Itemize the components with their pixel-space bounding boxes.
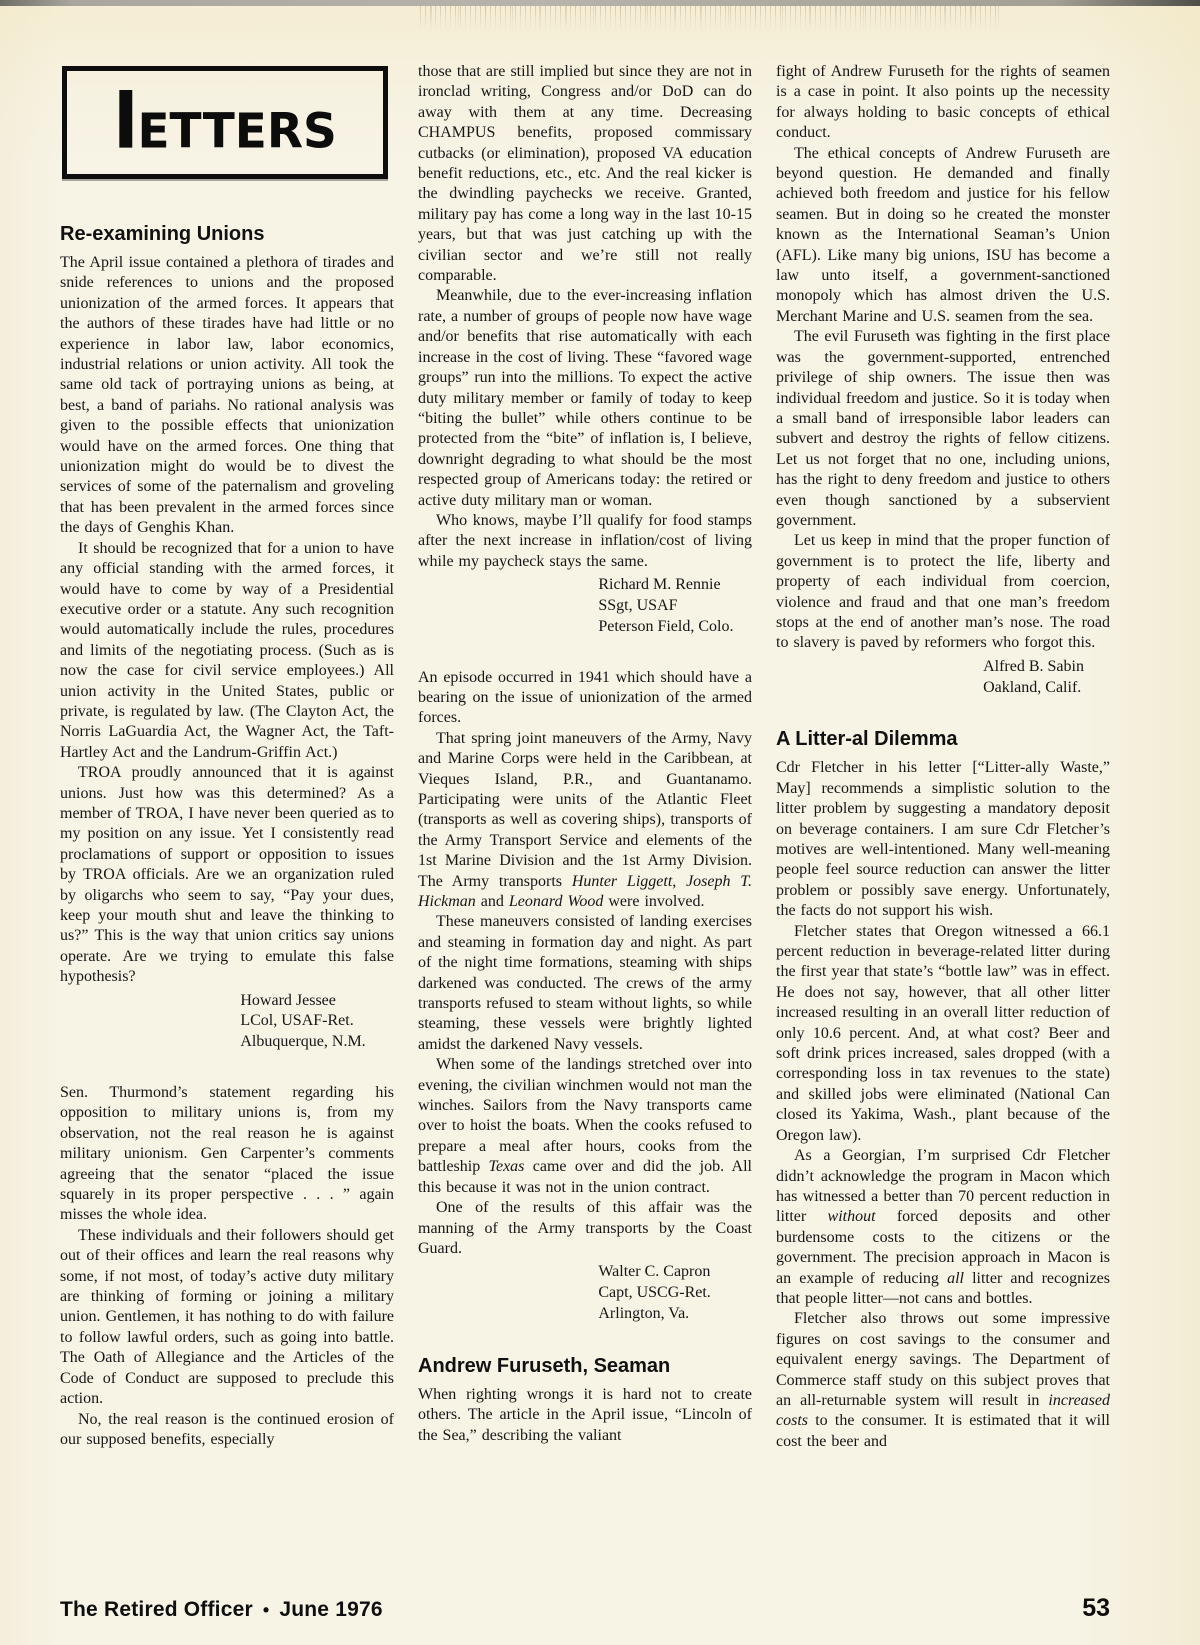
signature-line: SSgt, USAF — [598, 596, 752, 617]
signature-line: Walter C. Capron — [598, 1262, 752, 1283]
letter-paragraph: These maneuvers consisted of landing exe… — [418, 912, 752, 1055]
signature-line: Capt, USCG-Ret. — [598, 1283, 752, 1304]
magazine-page: lETTERSRe-examining UnionsThe April issu… — [0, 0, 1200, 1645]
letter-paragraph: It should be recognized that for a union… — [60, 539, 394, 763]
issue-date: June 1976 — [279, 1598, 382, 1621]
letter-paragraph: fight of Andrew Furuseth for the rights … — [776, 62, 1110, 144]
letters-logo: lETTERS — [62, 66, 388, 179]
letter-paragraph: One of the results of this affair was th… — [418, 1198, 752, 1259]
letter-paragraph: Let us keep in mind that the proper func… — [776, 531, 1110, 653]
text-column: those that are still implied but since t… — [418, 62, 752, 1570]
letter-heading: Andrew Furuseth, Seaman — [418, 1355, 752, 1378]
signature-line: Howard Jessee — [240, 991, 394, 1012]
letter-paragraph: those that are still implied but since t… — [418, 62, 752, 286]
letter-paragraph: Who knows, maybe I’ll qualify for food s… — [418, 511, 752, 572]
letter-paragraph: An episode occurred in 1941 which should… — [418, 668, 752, 729]
letter-paragraph: TROA proudly announced that it is agains… — [60, 763, 394, 987]
letters-logo-initial: l — [113, 92, 137, 152]
letter-paragraph: No, the real reason is the continued ero… — [60, 1410, 394, 1451]
letter-paragraph: These individuals and their followers sh… — [60, 1226, 394, 1410]
letter-paragraph: That spring joint maneuvers of the Army,… — [418, 729, 752, 913]
letter-paragraph: Sen. Thurmond’s statement regarding his … — [60, 1083, 394, 1226]
letters-columns: lETTERSRe-examining UnionsThe April issu… — [60, 62, 1110, 1570]
footer-magazine-title: The Retired Officer•June 1976 — [60, 1598, 383, 1622]
signature-line: Peterson Field, Colo. — [598, 617, 752, 638]
letters-logo-text: lETTERS — [113, 92, 337, 152]
letter-signature: Walter C. CapronCapt, USCG-Ret.Arlington… — [598, 1262, 752, 1324]
text-column: fight of Andrew Furuseth for the rights … — [776, 62, 1110, 1570]
letter-paragraph: When righting wrongs it is hard not to c… — [418, 1385, 752, 1446]
letter-heading: A Litter-al Dilemma — [776, 728, 1110, 751]
signature-line: Richard M. Rennie — [598, 575, 752, 596]
letter-paragraph: Meanwhile, due to the ever-increasing in… — [418, 286, 752, 510]
letter-paragraph: The ethical concepts of Andrew Furuseth … — [776, 144, 1110, 328]
letters-logo-rest: ETTERS — [137, 113, 336, 151]
signature-line: Oakland, Calif. — [983, 678, 1110, 699]
letter-signature: Richard M. RennieSSgt, USAFPeterson Fiel… — [598, 575, 752, 637]
letter-paragraph: The April issue contained a plethora of … — [60, 253, 394, 539]
signature-line: Albuquerque, N.M. — [240, 1032, 394, 1053]
page-number: 53 — [1082, 1594, 1110, 1623]
page-footer: The Retired Officer•June 1976 53 — [60, 1594, 1110, 1623]
letter-signature: Howard JesseeLCol, USAF-Ret.Albuquerque,… — [240, 991, 394, 1053]
letter-signature: Alfred B. SabinOakland, Calif. — [983, 657, 1110, 699]
letter-paragraph: When some of the landings stretched over… — [418, 1055, 752, 1198]
signature-line: LCol, USAF-Ret. — [240, 1011, 394, 1032]
footer-bullet: • — [263, 1600, 270, 1620]
letter-paragraph: Fletcher also throws out some impressive… — [776, 1309, 1110, 1452]
text-column: lETTERSRe-examining UnionsThe April issu… — [60, 62, 394, 1570]
letter-heading: Re-examining Unions — [60, 223, 394, 246]
letter-paragraph: Fletcher states that Oregon witnessed a … — [776, 922, 1110, 1146]
scan-noise-artifact — [420, 6, 1000, 32]
magazine-title: The Retired Officer — [60, 1598, 253, 1621]
signature-line: Arlington, Va. — [598, 1304, 752, 1325]
letter-paragraph: As a Georgian, I’m surprised Cdr Fletche… — [776, 1146, 1110, 1309]
letter-paragraph: Cdr Fletcher in his letter [“Litter-ally… — [776, 758, 1110, 921]
signature-line: Alfred B. Sabin — [983, 657, 1110, 678]
letter-paragraph: The evil Furuseth was fighting in the fi… — [776, 327, 1110, 531]
